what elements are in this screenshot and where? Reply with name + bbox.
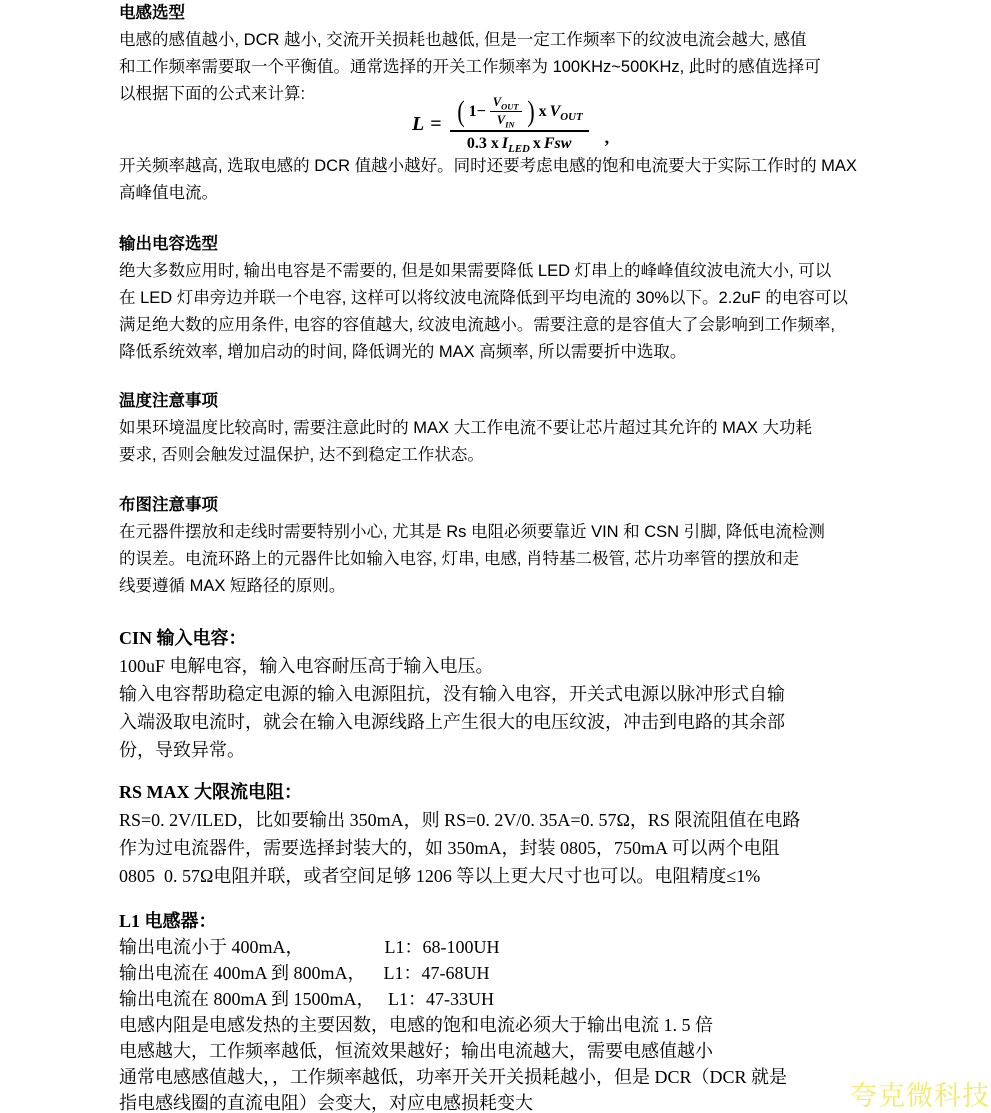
- text-line: 100uF 电解电容，输入电容耐压高于输入电压。: [119, 652, 889, 680]
- section-inductor-note: 开关频率越高, 选取电感的 DCR 值越小越好。同时还要考虑电感的饱和电流要大于…: [119, 153, 889, 207]
- iled-term: ILED: [502, 135, 530, 153]
- text-line: 线要遵循 MAX 短路径的原则。: [119, 573, 889, 600]
- text-line: 绝大多数应用时, 输出电容是不需要的, 但是如果需要降低 LED 灯串上的峰峰值…: [119, 258, 889, 285]
- formula-fraction: ( 1− VOUT VIN ) x VOUT 0.3 x ILED x Fsw: [450, 95, 589, 153]
- vout-term: VOUT: [490, 95, 522, 112]
- section-heading-l1: L1 电感器：: [119, 908, 889, 934]
- section-layout-notes: 布图注意事项 在元器件摆放和走线时需要特别小心, 尤其是 Rs 电阻必须要靠近 …: [119, 492, 889, 600]
- close-paren: ): [527, 98, 535, 125]
- section-temperature-notes: 温度注意事项 如果环境温度比较高时, 需要注意此时的 MAX 大工作电流不要让芯…: [119, 388, 889, 469]
- formula-variable-L: L: [412, 113, 424, 136]
- section-inductor-selection: 电感选型 电感的感值越小, DCR 越小, 交流开关损耗也越低, 但是一定工作频…: [119, 0, 889, 108]
- formula-denominator: 0.3 x ILED x Fsw: [467, 132, 572, 153]
- vin-term: VIN: [497, 112, 515, 128]
- text-line: 电感越大，工作频率越低，恒流效果越好；输出电流越大，需要电感值越小: [119, 1038, 889, 1064]
- text-line: 通常电感感值越大，，工作频率越低，功率开关开关损耗越小，但是 DCR（DCR 就…: [119, 1064, 889, 1090]
- times-sign: x: [539, 103, 547, 121]
- section-heading-inductor: 电感选型: [119, 0, 889, 27]
- text-line: 入端汲取电流时，就会在输入电源线路上产生很大的电压纹波，冲击到电路的其余部: [119, 708, 889, 736]
- text-line: 满足绝大数的应用条件, 电容的容值越大, 纹波电流越小。需要注意的是容值大了会影…: [119, 312, 889, 339]
- text-line: 输入电容帮助稳定电源的输入电源阻抗，没有输入电容，开关式电源以脉冲形式自输: [119, 680, 889, 708]
- text-line: 开关频率越高, 选取电感的 DCR 值越小越好。同时还要考虑电感的饱和电流要大于…: [119, 153, 889, 180]
- vout-term-2: VOUT: [550, 103, 583, 121]
- section-heading-layout: 布图注意事项: [119, 492, 889, 519]
- text-line: 份，导致异常。: [119, 736, 889, 764]
- text-line: 要求, 否则会触发过温保护, 达不到稳定工作状态。: [119, 442, 889, 469]
- text-line: 输出电流在 400mA 到 800mA， L1：47-68UH: [119, 960, 889, 986]
- text-line: 作为过电流器件，需要选择封装大的，如 350mA，封装 0805，750mA 可…: [119, 834, 889, 862]
- section-rs-resistor: RS MAX 大限流电阻： RS=0. 2V/ILED，比如要输出 350mA，…: [119, 778, 889, 890]
- section-heading-temperature: 温度注意事项: [119, 388, 889, 415]
- text-line: 输出电流在 800mA 到 1500mA， L1：47-33UH: [119, 986, 889, 1012]
- formula-comma: ,: [605, 127, 610, 148]
- formula-numerator: ( 1− VOUT VIN ) x VOUT: [450, 95, 589, 132]
- text-line: 的误差。电流环路上的元器件比如输入电容, 灯串, 电感, 肖特基二极管, 芯片功…: [119, 546, 889, 573]
- equals-sign: =: [430, 113, 441, 136]
- inductance-formula: L = ( 1− VOUT VIN ) x VOUT 0.3 x ILED x …: [412, 95, 609, 153]
- section-heading-cin: CIN 输入电容：: [119, 624, 889, 652]
- text-line: 降低系统效率, 增加启动的时间, 降低调光的 MAX 高频率, 所以需要折中选取…: [119, 339, 889, 366]
- text-line: 指电感线圈的直流电阻）会变大，对应电感损耗变大: [119, 1090, 889, 1113]
- text-line: 电感内阻是电感发热的主要因数，电感的饱和电流必须大于输出电流 1. 5 倍: [119, 1012, 889, 1038]
- section-l1-inductor: L1 电感器： 输出电流小于 400mA， L1：68-100UH 输出电流在 …: [119, 908, 889, 1113]
- text-line: RS=0. 2V/ILED，比如要输出 350mA，则 RS=0. 2V/0. …: [119, 806, 889, 834]
- text-line: 和工作频率需要取一个平衡值。通常选择的开关工作频率为 100KHz~500KHz…: [119, 54, 889, 81]
- text-line: 电感的感值越小, DCR 越小, 交流开关损耗也越低, 但是一定工作频率下的纹波…: [119, 27, 889, 54]
- vout-vin-fraction: VOUT VIN: [490, 95, 522, 128]
- text-line: 0805 0. 57Ω电阻并联，或者空间足够 1206 等以上更大尺寸也可以。电…: [119, 862, 889, 890]
- formula-lhs: L =: [412, 113, 442, 136]
- times-sign-2: x: [533, 135, 541, 153]
- text-line: 在 LED 灯串旁边并联一个电容, 这样可以将纹波电流降低到平均电流的 30%以…: [119, 285, 889, 312]
- text-line: 如果环境温度比较高时, 需要注意此时的 MAX 大工作电流不要让芯片超过其允许的…: [119, 415, 889, 442]
- text-line: 高峰值电流。: [119, 180, 889, 207]
- open-paren: (: [457, 98, 465, 125]
- fsw-term: Fsw: [544, 135, 572, 153]
- text-line: 在元器件摆放和走线时需要特别小心, 尤其是 Rs 电阻必须要靠近 VIN 和 C…: [119, 519, 889, 546]
- section-heading-rs: RS MAX 大限流电阻：: [119, 778, 889, 806]
- section-output-capacitor: 输出电容选型 绝大多数应用时, 输出电容是不需要的, 但是如果需要降低 LED …: [119, 231, 889, 366]
- one-minus: 1−: [469, 103, 486, 121]
- watermark-text: 夸克微科技: [850, 1074, 990, 1113]
- section-cin-input-capacitor: CIN 输入电容： 100uF 电解电容，输入电容耐压高于输入电压。 输入电容帮…: [119, 624, 889, 764]
- text-line: 输出电流小于 400mA， L1：68-100UH: [119, 934, 889, 960]
- document-page: 电感选型 电感的感值越小, DCR 越小, 交流开关损耗也越低, 但是一定工作频…: [0, 0, 991, 1113]
- section-heading-output-capacitor: 输出电容选型: [119, 231, 889, 258]
